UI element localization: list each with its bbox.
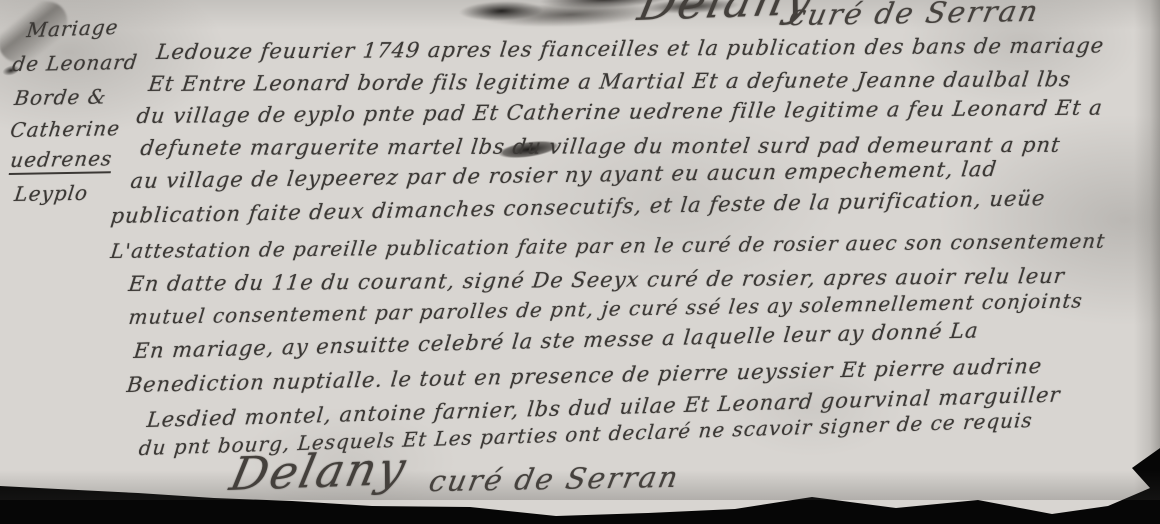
margin-line: de Leonard	[11, 50, 139, 76]
margin-line: Catherine	[9, 116, 122, 142]
register-page-scan: Delany curé de Serran Mariage de Leonard…	[0, 0, 1160, 524]
margin-line: Mariage	[25, 15, 119, 42]
top-signature-title: curé de Serran	[786, 0, 1042, 32]
margin-line: Leyplo	[13, 181, 90, 206]
margin-line: Borde &	[13, 84, 108, 110]
body-line: defunete marguerite martel lbs du villag…	[139, 133, 1062, 160]
body-line: Et Entre Leonard borde fils legitime a M…	[147, 67, 1072, 96]
bottom-signature-title: curé de Serran	[426, 460, 682, 498]
margin-line-underlined: uedrenes	[9, 146, 114, 175]
bottom-signature-name: Delany	[226, 441, 413, 501]
